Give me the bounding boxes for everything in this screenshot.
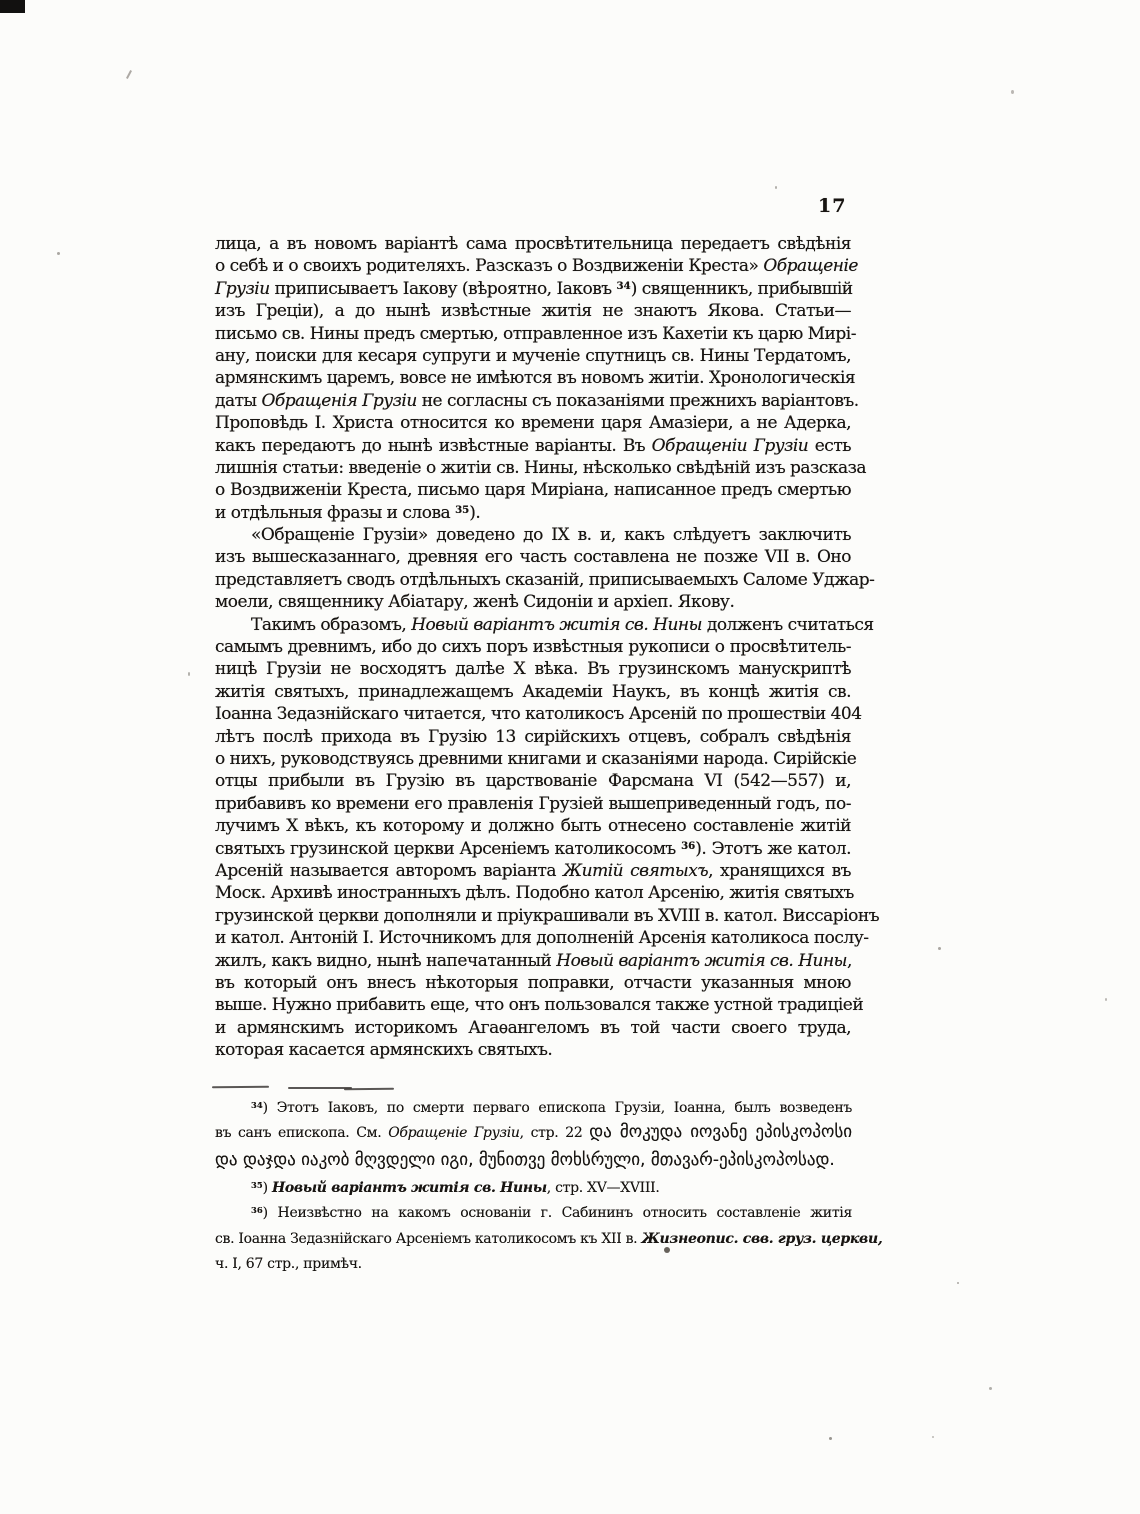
scan-speck [57, 252, 60, 255]
text-run: ) Неизвѣстно на какомъ основаніи г. Саби… [263, 1205, 852, 1221]
text-line: житія святыхъ, принадлежащемъ Академіи Н… [215, 681, 851, 703]
text-run: о Воздвиженіи Креста, письмо царя Миріан… [215, 480, 851, 500]
text-line: ану, поиски для кесаря супруги и мученіе… [215, 345, 851, 367]
body-paragraph: Такимъ образомъ, Новый варіантъ житія св… [215, 614, 851, 1062]
footnote: 34) Этотъ Іаковъ, по смерти перваго епис… [215, 1096, 852, 1176]
text-line: лица, а въ новомъ варіантѣ сама просвѣти… [215, 233, 851, 255]
text-line: о нихъ, руководствуясь древними книгами … [215, 748, 851, 770]
text-line: 34) Этотъ Іаковъ, по смерти перваго епис… [215, 1096, 852, 1121]
text-line: «Обращеніе Грузіи» доведено до IX в. и, … [215, 524, 851, 546]
text-run: грузинской церкви дополняли и пріукрашив… [215, 906, 879, 926]
footnote-separator-segment [344, 1088, 394, 1090]
text-run: письмо св. Нины предъ смертью, отправлен… [215, 324, 856, 344]
text-run: прибавивъ ко времени его правленія Грузі… [215, 794, 851, 814]
text-run: Проповѣдь І. Христа относится ко времени… [215, 413, 851, 433]
text-run: «Обращеніе Грузіи» доведено до IX в. и, … [251, 525, 851, 545]
text-line: лишнія статьи: введеніе о житіи св. Нины… [215, 457, 851, 479]
text-line: жилъ, какъ видно, нынѣ напечатанный Новы… [215, 950, 851, 972]
text-line: Іоанна Зедазнійскаго читается, что катол… [215, 703, 851, 725]
text-run: ). [469, 503, 480, 523]
text-line: грузинской церкви дополняли и пріукрашив… [215, 905, 851, 927]
text-line: моели, священнику Абіатару, женѣ Сидоніи… [215, 591, 851, 613]
text-run: и отдѣльныя фразы и слова [215, 503, 455, 523]
text-run: , [847, 951, 852, 971]
text-line: изъ вышесказаннаго, древняя его часть со… [215, 546, 851, 568]
text-line: о Воздвиженіи Креста, письмо царя Миріан… [215, 479, 851, 501]
text-run: св. Іоанна Зедазнійскаго Арсеніемъ катол… [215, 1231, 641, 1247]
text-line: о себѣ и о своихъ родителяхъ. Разсказъ о… [215, 255, 851, 277]
text-run: въ санъ епископа. См. [215, 1125, 388, 1141]
text-run: какъ передаютъ до нынѣ извѣстные варіант… [215, 436, 652, 456]
text-run: Моск. Архивѣ иностранныхъ дѣлъ. Подобно … [215, 883, 854, 903]
scan-speck [188, 672, 190, 676]
scan-speck [829, 1437, 832, 1440]
text-run: долженъ считаться [702, 615, 874, 635]
text-line: самымъ древнимъ, ибо до сихъ поръ извѣст… [215, 636, 851, 658]
text-line: Такимъ образомъ, Новый варіантъ житія св… [215, 614, 851, 636]
text-run: которая касается армянскихъ святыхъ. [215, 1040, 552, 1060]
text-run: ). Этотъ же катол. [695, 839, 851, 859]
scan-speck [1011, 90, 1014, 94]
text-line: св. Іоанна Зедазнійскаго Арсеніемъ катол… [215, 1227, 852, 1252]
text-run: лишнія статьи: введеніе о житіи св. Нины… [215, 458, 866, 478]
text-run: изъ Греціи), а до нынѣ извѣстные житія н… [215, 301, 851, 321]
text-line: какъ передаютъ до нынѣ извѣстные варіант… [215, 435, 851, 457]
text-run: лучимъ X вѣкъ, къ которому и должно быть… [215, 816, 851, 836]
text-line: святыхъ грузинской церкви Арсеніемъ като… [215, 838, 851, 860]
body-text-block: лица, а въ новомъ варіантѣ сама просвѣти… [215, 233, 851, 1061]
text-run: представляетъ сводъ отдѣльныхъ сказаній,… [215, 570, 874, 590]
text-run: лица, а въ новомъ варіантѣ сама просвѣти… [215, 234, 851, 254]
italic-text: Жизнеопис. свв. груз. церкви, [641, 1231, 882, 1247]
text-run: отцы прибыли въ Грузію въ царствованіе Ф… [215, 771, 851, 791]
footnote: 36) Неизвѣстно на какомъ основаніи г. Са… [215, 1201, 852, 1277]
italic-text: Обращеніе Грузіи [388, 1125, 519, 1141]
text-line: 36) Неизвѣстно на какомъ основаніи г. Са… [215, 1201, 852, 1226]
text-run: Арсеній называется авторомъ варіанта [215, 861, 563, 881]
text-line: лѣтъ послѣ прихода въ Грузію 13 сирійски… [215, 726, 851, 748]
italic-text: Грузіи [215, 279, 270, 299]
text-line: которая касается армянскихъ святыхъ. [215, 1039, 851, 1061]
text-line: армянскимъ царемъ, вовсе не имѣются въ н… [215, 367, 851, 389]
georgian-text: და დაჯდა იაკობ მღვდელი იგი, მუნითვე მოხს… [215, 1150, 835, 1170]
text-line: въ который онъ внесъ нѣкоторыя поправки,… [215, 972, 851, 994]
text-line: 35) Новый варіантъ житія св. Нины, стр. … [215, 1176, 852, 1201]
scan-speck [664, 1247, 670, 1253]
text-run: ч. I, 67 стр., примѣч. [215, 1256, 362, 1272]
text-run: о нихъ, руководствуясь древними книгами … [215, 749, 856, 769]
scan-speck [1105, 998, 1107, 1001]
text-line: и катол. Антоній I. Источникомъ для допо… [215, 927, 851, 949]
footnote-marker: 36 [251, 1205, 263, 1215]
footnote-marker: 34 [617, 280, 631, 292]
footnote: 35) Новый варіантъ житія св. Нины, стр. … [215, 1176, 852, 1201]
text-run: Такимъ образомъ, [251, 615, 411, 635]
text-run: ницѣ Грузіи не восходятъ далѣе X вѣка. В… [215, 659, 851, 679]
text-run: житія святыхъ, принадлежащемъ Академіи Н… [215, 682, 851, 702]
text-run: есть [808, 436, 851, 456]
text-run: выше. Нужно прибавить еще, что онъ польз… [215, 995, 863, 1015]
text-run: Іоанна Зедазнійскаго читается, что катол… [215, 704, 862, 724]
scan-speck [932, 1436, 934, 1438]
text-run: и армянскимъ историкомъ Агаѳангеломъ въ … [215, 1018, 851, 1038]
text-run: ) Этотъ Іаковъ, по смерти перваго еписко… [263, 1100, 852, 1116]
text-run: въ который онъ внесъ нѣкоторыя поправки,… [215, 973, 851, 993]
italic-text: Новый варіантъ житія св. Нины [556, 951, 847, 971]
body-paragraph: лица, а въ новомъ варіантѣ сама просвѣти… [215, 233, 851, 524]
text-run: приписываетъ Іакову (вѣроятно, Іаковъ [270, 279, 617, 299]
text-line: письмо св. Нины предъ смертью, отправлен… [215, 323, 851, 345]
text-run: о себѣ и о своихъ родителяхъ. Разсказъ о… [215, 256, 763, 276]
footnotes-block: 34) Этотъ Іаковъ, по смерти перваго епис… [215, 1096, 852, 1277]
text-run: ану, поиски для кесаря супруги и мученіе… [215, 346, 851, 366]
text-run: армянскимъ царемъ, вовсе не имѣются въ н… [215, 368, 855, 388]
text-line: выше. Нужно прибавить еще, что онъ польз… [215, 994, 851, 1016]
footnote-marker: 35 [251, 1180, 263, 1190]
text-line: Проповѣдь І. Христа относится ко времени… [215, 412, 851, 434]
text-line: и отдѣльныя фразы и слова 35). [215, 502, 851, 524]
text-line: Моск. Архивѣ иностранныхъ дѣлъ. Подобно … [215, 882, 851, 904]
text-line: და დაჯდა იაკობ მღვდელი იგი, მუნითვე მოხს… [215, 1147, 852, 1176]
text-run: не согласны съ показаніями прежнихъ варі… [417, 391, 859, 411]
footnote-separator-segment [212, 1086, 269, 1088]
text-line: даты Обращенія Грузіи не согласны съ пок… [215, 390, 851, 412]
scan-speck [938, 947, 941, 950]
text-line: изъ Греціи), а до нынѣ извѣстные житія н… [215, 300, 851, 322]
page-number: 17 [818, 197, 846, 216]
text-run: , хранящихся въ [708, 861, 851, 881]
text-run: изъ вышесказаннаго, древняя его часть со… [215, 547, 851, 567]
footnote-marker: 35 [455, 504, 469, 516]
text-line: ницѣ Грузіи не восходятъ далѣе X вѣка. В… [215, 658, 851, 680]
text-line: прибавивъ ко времени его правленія Грузі… [215, 793, 851, 815]
text-run: даты [215, 391, 261, 411]
footnote-separator-segment [288, 1087, 352, 1089]
text-run: ) священникъ, прибывшій [631, 279, 853, 299]
text-run: , стр. 22 [520, 1125, 590, 1141]
text-line: и армянскимъ историкомъ Агаѳангеломъ въ … [215, 1017, 851, 1039]
scan-speck [126, 70, 132, 79]
georgian-text: და მოკუდა იოვანე ეპისკოპოსი [589, 1122, 852, 1142]
text-run: святыхъ грузинской церкви Арсеніемъ като… [215, 839, 681, 859]
text-run: жилъ, какъ видно, нынѣ напечатанный [215, 951, 556, 971]
text-run: и катол. Антоній I. Источникомъ для допо… [215, 928, 868, 948]
scan-speck [989, 1387, 992, 1390]
italic-text: Обращенія Грузіи [261, 391, 416, 411]
text-line: Грузіи приписываетъ Іакову (вѣроятно, Іа… [215, 278, 851, 300]
italic-text: Новый варіантъ житія св. Нины [272, 1180, 547, 1196]
text-line: въ санъ епископа. См. Обращеніе Грузіи, … [215, 1121, 852, 1146]
scan-corner-mark [0, 0, 25, 13]
text-run: ) [263, 1180, 272, 1196]
text-line: представляетъ сводъ отдѣльныхъ сказаній,… [215, 569, 851, 591]
italic-text: Новый варіантъ житія св. Нины [411, 615, 702, 635]
text-line: Арсеній называется авторомъ варіанта Жит… [215, 860, 851, 882]
text-run: самымъ древнимъ, ибо до сихъ поръ извѣст… [215, 637, 851, 657]
text-run: лѣтъ послѣ прихода въ Грузію 13 сирійски… [215, 727, 851, 747]
text-run: моели, священнику Абіатару, женѣ Сидоніи… [215, 592, 734, 612]
text-run: , стр. XV—XVIII. [547, 1180, 660, 1196]
italic-text: Обращеніе [763, 256, 858, 276]
body-paragraph: «Обращеніе Грузіи» доведено до IX в. и, … [215, 524, 851, 614]
footnote-marker: 34 [251, 1100, 263, 1110]
text-line: лучимъ X вѣкъ, къ которому и должно быть… [215, 815, 851, 837]
scan-speck [775, 186, 777, 189]
scan-speck [957, 1282, 959, 1284]
text-line: отцы прибыли въ Грузію въ царствованіе Ф… [215, 770, 851, 792]
footnote-marker: 36 [681, 839, 695, 851]
scanned-book-page: 17 лица, а въ новомъ варіантѣ сама просв… [0, 0, 1140, 1514]
italic-text: Житій святыхъ [563, 861, 708, 881]
text-line: ч. I, 67 стр., примѣч. [215, 1252, 852, 1277]
italic-text: Обращеніи Грузіи [652, 436, 809, 456]
